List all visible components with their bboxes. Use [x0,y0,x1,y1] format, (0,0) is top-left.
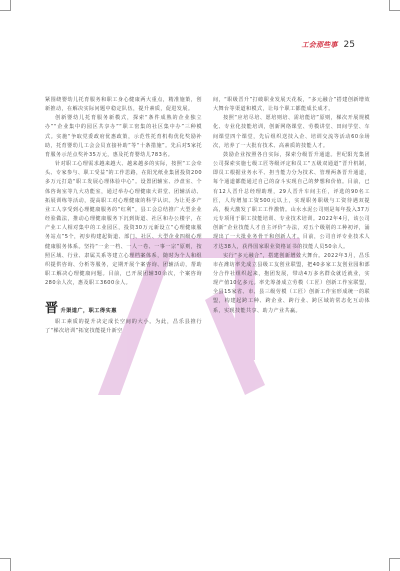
section-name: 工会那些事 [302,40,338,50]
left-column: 紧围绕婴幼儿托育服务和职工身心健康两大重点，精准施策，创新推动，在解决实际问题中… [45,96,202,337]
right-column: 间，“职级晋升”打破职业发展天花板，“多元融合”搭建创新增效大舞台等渠道和模式，… [213,96,370,316]
paragraph: 间，“职级晋升”打破职业发展天花板，“多元融合”搭建创新增效大舞台等渠道和模式，… [213,96,370,114]
crop-mark-top-right [389,0,400,11]
crop-mark-bottom-left [0,558,11,571]
crop-mark-top-left [0,0,11,11]
page-number: 25 [344,40,355,50]
paragraph: 针对职工心理需求越来越大、越来越多的实际，按照“工会牵头、专家参与、职工受益”的… [45,160,202,288]
paragraph: 实行“多元融合”，搭建创新增效大舞台。2022年3月，昌乐市在潍坊率先成立县级工… [213,252,370,316]
subhead-initial: 晋 [45,302,58,315]
paragraph: 创新婴幼儿托育服务新模式，探索“条件成熟的企业独立办”“企业集中的园区共享办”“… [45,114,202,160]
paragraph: 按照“应培尽培、愿培则培、需培能培”原则，梯次开展规模化、专业化技能培训，创新网… [213,114,370,151]
paragraph: 职工素质的提升决定成长空间的大小。为此，昌乐县推行了“梯次培训”拓宽技能提升新空 [45,318,202,336]
crop-mark-bottom-right [389,558,400,571]
paragraph: 紧围绕婴幼儿托育服务和职工身心健康两大重点，精准施策，创新推动，在解决实际问题中… [45,96,202,114]
section-subhead: 晋 升渠道广，职工得实惠 [45,302,202,315]
running-head: 工会那些事 25 [302,40,355,50]
subhead-title: 升渠道广，职工得实惠 [60,307,116,315]
paragraph: 鼓励企业按照各自实际，探索分级晋升通道。世纪阳光集团公司探索实施七级工匠等级评定… [213,151,370,252]
